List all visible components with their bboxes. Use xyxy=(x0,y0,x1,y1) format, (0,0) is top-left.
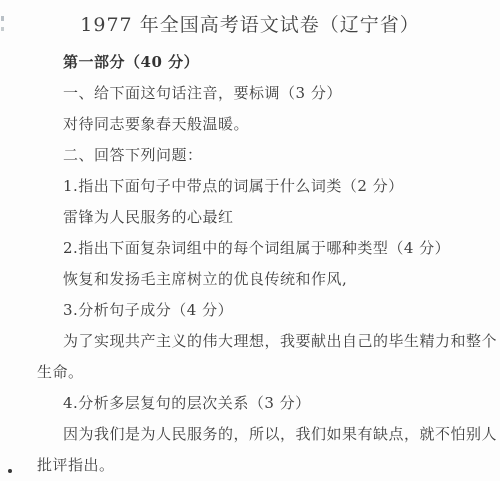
question-1-prompt: 一、给下面这句话注音，要标调（3 分） xyxy=(37,78,480,109)
scan-speck xyxy=(1,16,4,21)
question-1-sentence: 对待同志要象春天般温暖。 xyxy=(37,109,480,140)
question-2-4-sentence-line1: 因为我们是为人民服务的，所以，我们如果有缺点，就不怕别人 xyxy=(37,419,480,450)
question-2-4-sentence-line2: 批评指出。 xyxy=(37,450,480,481)
document-body: 第一部分（40 分） 一、给下面这句话注音，要标调（3 分） 对待同志要象春天般… xyxy=(0,47,500,481)
scan-speck xyxy=(1,27,4,31)
question-2-1-prompt: 1.指出下面句子中带点的词属于什么词类（2 分） xyxy=(37,171,480,202)
question-2-2-sentence: 恢复和发扬毛主席树立的优良传统和作风, xyxy=(37,264,480,295)
question-2-2-prompt: 2.指出下面复杂词组中的每个词组属于哪种类型（4 分） xyxy=(37,233,480,264)
question-2-3-prompt: 3.分析句子成分（4 分） xyxy=(37,295,480,326)
scan-ink-dot xyxy=(8,469,12,473)
exam-paper-page: 1977 年全国高考语文试卷（辽宁省） 第一部分（40 分） 一、给下面这句话注… xyxy=(0,0,500,481)
question-2-prompt: 二、回答下列问题： xyxy=(37,140,480,171)
section-heading: 第一部分（40 分） xyxy=(37,47,480,78)
question-2-3-sentence-line2: 生命。 xyxy=(37,357,480,388)
document-title: 1977 年全国高考语文试卷（辽宁省） xyxy=(0,0,500,38)
question-2-3-sentence-line1: 为了实现共产主义的伟大理想，我要献出自己的毕生精力和整个 xyxy=(37,326,480,357)
question-2-4-prompt: 4.分析多层复句的层次关系（3 分） xyxy=(37,388,480,419)
question-2-1-sentence: 雷锋为人民服务的心最红 xyxy=(37,202,480,233)
